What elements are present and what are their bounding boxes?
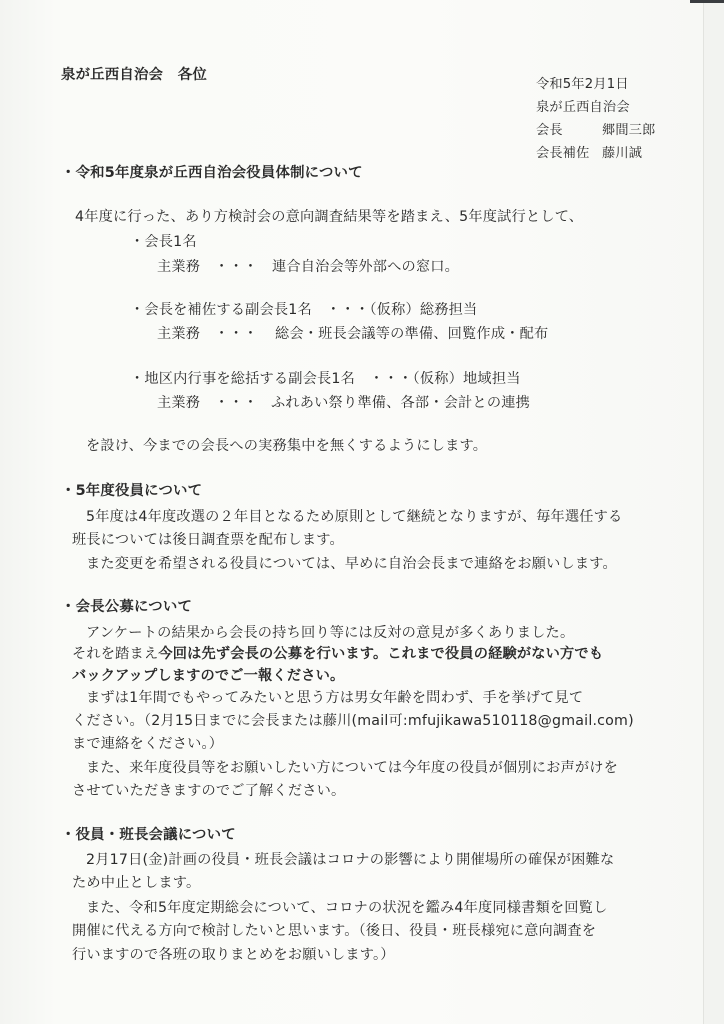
section2-line: 5年度は4年度改選の２年目となるため原則として継続となりますが、毎年選任する	[86, 508, 622, 526]
section1-intro: 4年度に行った、あり方検討会の意向調査結果等を踏まえ、5年度試行として、	[75, 208, 583, 226]
role-duty-label: 主業務 ・・・	[157, 394, 258, 412]
section-heading-meetings: ・役員・班長会議について	[61, 826, 236, 844]
section-heading-officers-fy5: ・5年度役員について	[61, 482, 202, 500]
section4-line: 開催に代える方向で検討したいと思います。（後日、役員・班長様宛に意向調査を	[72, 922, 596, 940]
section3-line: それを踏まえ今回は先ず会長の公募を行います。これまで役員の経験がない方でも	[72, 645, 603, 663]
section3-line: まで連絡をください。）	[72, 735, 223, 753]
section4-line: ため中止とします。	[72, 874, 200, 892]
section2-line: また変更を希望される役員については、早めに自治会長まで連絡をお願いします。	[86, 555, 617, 573]
section3-line-emphasis: 今回は先ず会長の公募を行います。これまで役員の経験がない方でも	[158, 646, 603, 662]
assistant-role: 会長補佐	[536, 145, 590, 163]
role-duty-label: 主業務 ・・・	[157, 325, 258, 343]
section3-line: させていただきますのでご了解ください。	[72, 782, 345, 800]
role-title: ・地区内行事を総括する副会長1名 ・・・（仮称）地域担当	[130, 370, 521, 388]
section4-line: また、令和5年度定期総会について、コロナの状況を鑑み4年度同様書類を回覧し	[86, 899, 607, 917]
section4-line: 2月17日(金)計画の役員・班長会議はコロナの影響により開催場所の確保が困難な	[86, 851, 614, 869]
scan-shadow	[690, 0, 724, 3]
assistant-name: 藤川誠	[602, 145, 642, 163]
section2-line: 班長については後日調査票を配布します。	[72, 531, 344, 549]
role-duty: 総会・班長会議等の準備、回覧作成・配布	[275, 325, 548, 343]
issue-date: 令和5年2月1日	[536, 76, 629, 94]
role-title: ・会長1名	[130, 233, 197, 251]
issuing-org: 泉が丘西自治会	[536, 99, 630, 117]
section3-line: また、来年度役員等をお願いしたい方については今年度の役員が個別にお声がけを	[86, 759, 618, 777]
section3-line-contact: ください。（2月15日までに会長または藤川(mail可:mfujikawa510…	[72, 712, 634, 730]
section3-line: まずは1年間でもやってみたいと思う方は男女年齢を問わず、手を挙げて見て	[86, 689, 583, 707]
section1-closing: を設け、今までの会長への実務集中を無くするようにします。	[86, 437, 487, 455]
chair-name: 郷間三郎	[602, 122, 656, 140]
section4-line: 行いますので各班の取りまとめをお願いします。）	[72, 946, 395, 964]
role-duty: 連合自治会等外部への窓口。	[272, 258, 459, 276]
page-edge	[703, 0, 724, 1024]
section3-line: アンケートの結果から会長の持ち回り等には反対の意見が多くありました。	[86, 624, 574, 642]
section3-line-emphasis: バックアップしますのでご一報ください。	[72, 667, 344, 685]
section3-line-plain: それを踏まえ	[72, 646, 158, 662]
addressee: 泉が丘西自治会 各位	[61, 66, 207, 84]
section-heading-chair-recruitment: ・会長公募について	[61, 598, 192, 616]
role-duty: ふれあい祭り準備、各部・会計との連携	[271, 394, 530, 412]
role-duty-label: 主業務 ・・・	[157, 258, 258, 276]
role-title: ・会長を補佐する副会長1名 ・・・（仮称）総務担当	[130, 301, 477, 319]
section-heading-officer-structure: ・令和5年度泉が丘西自治会役員体制について	[61, 164, 363, 182]
chair-role: 会長	[536, 122, 563, 140]
